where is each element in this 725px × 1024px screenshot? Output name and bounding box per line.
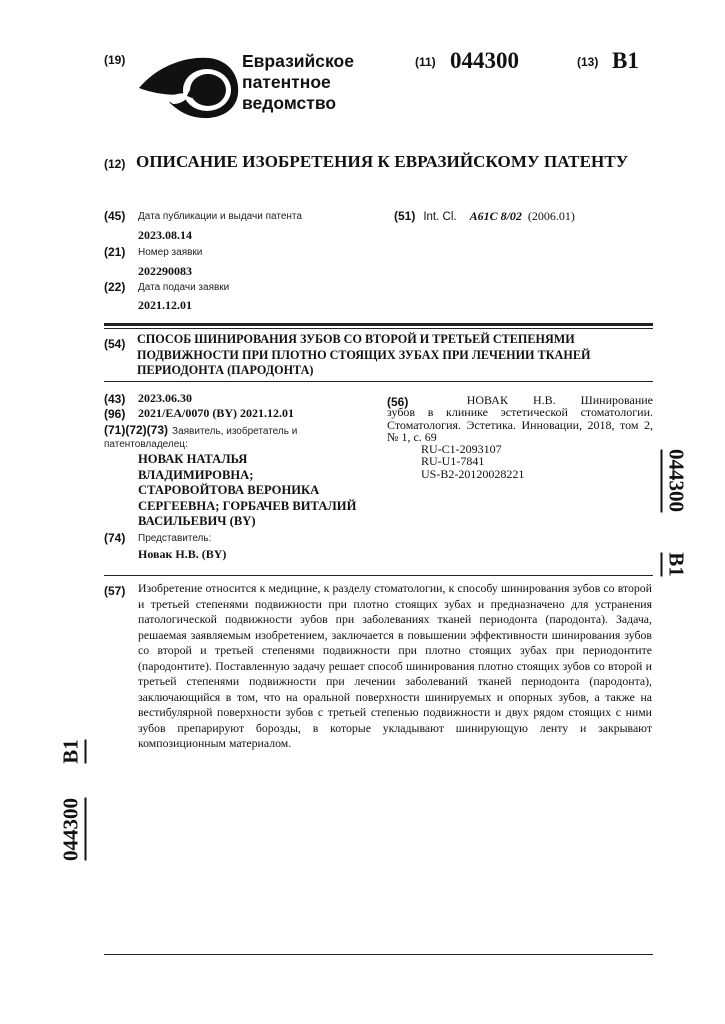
- filing-date-label: Дата подачи заявки: [138, 282, 229, 293]
- applicant-label-continued: патентовладелец:: [104, 439, 188, 450]
- invention-title-line: СПОСОБ ШИНИРОВАНИЯ ЗУБОВ СО ВТОРОЙ И ТРЕ…: [137, 332, 590, 348]
- patent-reference: RU-U1-7841: [421, 455, 524, 467]
- section-divider: [104, 381, 653, 382]
- inid-code-74: (74): [104, 531, 125, 545]
- application-number-label: Номер заявки: [138, 247, 202, 258]
- ipc-code: A61C 8/02: [470, 209, 522, 223]
- kind-code: B1: [612, 48, 639, 74]
- int-cl-label: Int. Cl.: [423, 211, 456, 223]
- filing-date-value: 2021.12.01: [138, 298, 192, 313]
- owner-line: СТАРОВОЙТОВА ВЕРОНИКА: [138, 483, 356, 499]
- office-name-line: ведомство: [242, 93, 354, 114]
- publication-date-value: 2023.08.14: [138, 228, 192, 243]
- inid-code-45: (45): [104, 209, 125, 223]
- owner-line: СЕРГЕЕВНА; ГОРБАЧЕВ ВИТАЛИЙ: [138, 499, 356, 515]
- office-name-line: Евразийское: [242, 51, 354, 72]
- section-divider: [104, 323, 653, 326]
- abstract-text: Изобретение относится к медицине, к разд…: [138, 581, 652, 752]
- representative-label: Представитель:: [138, 533, 211, 544]
- owner-line: ВЛАДИМИРОВНА;: [138, 468, 356, 484]
- patent-reference: US-B2-20120028221: [421, 468, 524, 480]
- margin-patent-number-right: 044300: [664, 443, 689, 519]
- citation-line: зубов в клинике эстетической стоматологи…: [387, 406, 653, 418]
- owners-list: НОВАК НАТАЛЬЯ ВЛАДИМИРОВНА; СТАРОВОЙТОВА…: [138, 452, 356, 530]
- representative-value: Новак Н.В. (BY): [138, 547, 226, 562]
- inid-code-54: (54): [104, 337, 125, 351]
- margin-kind-code-right: B1: [664, 547, 689, 583]
- inid-code-11: (11): [415, 55, 436, 69]
- application-number-value: 202290083: [138, 264, 192, 279]
- margin-patent-number-left: 044300: [59, 792, 84, 868]
- document-title: ОПИСАНИЕ ИЗОБРЕТЕНИЯ К ЕВРАЗИЙСКОМУ ПАТЕ…: [136, 152, 628, 172]
- inid-code-19: (19): [104, 53, 125, 67]
- section-divider: [104, 328, 653, 329]
- invention-title-line: ПОДВИЖНОСТИ ПРИ ПЛОТНО СТОЯЩИХ ЗУБАХ ПРИ…: [137, 348, 590, 364]
- inid-code-57: (57): [104, 584, 125, 598]
- applicant-label: Заявитель, изобретатель и: [172, 426, 297, 437]
- inid-code-12: (12): [104, 157, 125, 171]
- section-divider: [104, 575, 653, 576]
- footer-divider: [104, 954, 653, 955]
- inid-code-22: (22): [104, 280, 125, 294]
- application-publication-date: 2023.06.30: [138, 391, 192, 406]
- classification: (51) Int. Cl. A61C 8/02 (2006.01): [394, 207, 575, 225]
- patent-references: RU-C1-2093107 RU-U1-7841 US-B2-201200282…: [421, 443, 524, 480]
- eurasian-application-data: 2021/EA/0070 (BY) 2021.12.01: [138, 406, 294, 421]
- invention-title: СПОСОБ ШИНИРОВАНИЯ ЗУБОВ СО ВТОРОЙ И ТРЕ…: [137, 332, 590, 379]
- inid-code-21: (21): [104, 245, 125, 259]
- patent-number: 044300: [450, 48, 519, 74]
- invention-title-line: ПЕРИОДОНТА (ПАРОДОНТА): [137, 363, 590, 379]
- owner-line: ВАСИЛЬЕВИЧ (BY): [138, 514, 356, 530]
- office-name-line: патентное: [242, 72, 354, 93]
- publication-date-label: Дата публикации и выдачи патента: [138, 211, 302, 222]
- inid-code-43: (43): [104, 392, 125, 406]
- margin-kind-code-left: B1: [59, 734, 84, 770]
- inid-code-13: (13): [577, 55, 598, 69]
- eapo-logo-icon: [137, 54, 241, 120]
- inid-code-51: (51): [394, 209, 415, 223]
- owner-line: НОВАК НАТАЛЬЯ: [138, 452, 356, 468]
- inid-code-96: (96): [104, 407, 125, 421]
- inid-code-71-72-73: (71)(72)(73): [104, 423, 168, 437]
- ipc-version: (2006.01): [528, 209, 575, 223]
- office-name: Евразийское патентное ведомство: [242, 51, 354, 114]
- applicant-label-row: (71)(72)(73) Заявитель, изобретатель и: [104, 421, 297, 439]
- references-citation: НОВАК Н.В. Шинирование зубов в клинике э…: [387, 394, 653, 444]
